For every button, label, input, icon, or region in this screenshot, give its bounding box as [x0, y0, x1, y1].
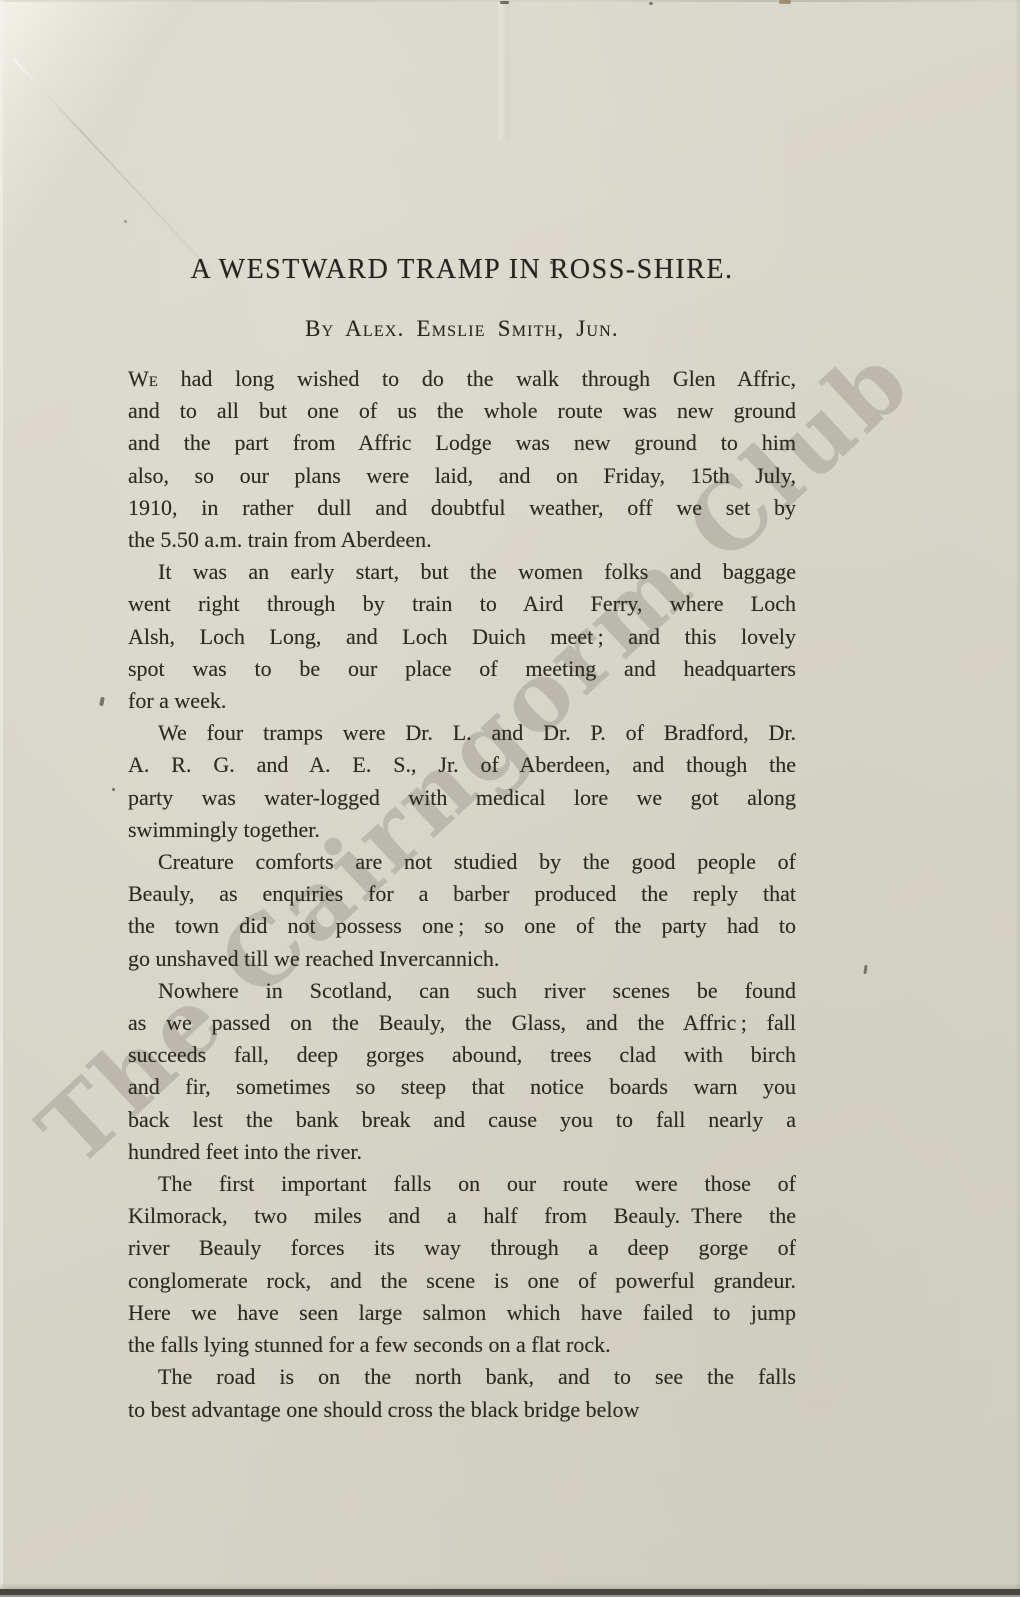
text-line-content: had long wished to do the walk through G… [181, 366, 796, 391]
text-line: the falls lying stunned for a few second… [128, 1329, 796, 1361]
text-line: We had long wished to do the walk throug… [128, 363, 796, 395]
text-line: to best advantage one should cross the b… [128, 1394, 796, 1426]
article-title: A WESTWARD TRAMP IN ROSS-SHIRE. [128, 254, 796, 286]
text-line: the 5.50 a.m. train from Aberdeen. [128, 524, 796, 556]
text-line: Kilmorack, two miles and a half from Bea… [128, 1200, 796, 1232]
text-line: A. R. G. and A. E. S., Jr. of Aberdeen, … [128, 749, 796, 781]
text-line: conglomerate rock, and the scene is one … [128, 1265, 796, 1297]
text-line: It was an early start, but the women fol… [128, 556, 796, 588]
printed-text-layer: A WESTWARD TRAMP IN ROSS-SHIRE. By Alex.… [0, 0, 1020, 1597]
text-line: Creature comforts are not studied by the… [128, 846, 796, 878]
text-line: also, so our plans were laid, and on Fri… [128, 460, 796, 492]
page-left-edge [0, 0, 3, 1597]
text-line: for a week. [128, 685, 796, 717]
text-line: Beauly, as enquiries for a barber produc… [128, 878, 796, 910]
text-line: went right through by train to Aird Ferr… [128, 588, 796, 620]
text-line: river Beauly forces its way through a de… [128, 1232, 796, 1264]
text-line: go unshaved till we reached Invercannich… [128, 943, 796, 975]
text-line: swimmingly together. [128, 814, 796, 846]
text-line: and the part from Affric Lodge was new g… [128, 427, 796, 459]
article-body: We had long wished to do the walk throug… [128, 363, 796, 1426]
text-line: The first important falls on our route w… [128, 1168, 796, 1200]
paragraph-lead-in: We [128, 366, 158, 391]
text-line: as we passed on the Beauly, the Glass, a… [128, 1007, 796, 1039]
text-line: and fir, sometimes so steep that notice … [128, 1071, 796, 1103]
text-line: We four tramps were Dr. L. and Dr. P. of… [128, 717, 796, 749]
scanned-document-page: The Cairngorm Club A WESTWARD TRAMP IN R… [0, 0, 1020, 1597]
text-line: succeeds fall, deep gorges abound, trees… [128, 1039, 796, 1071]
text-line: back lest the bank break and cause you t… [128, 1104, 796, 1136]
text-line: Nowhere in Scotland, can such river scen… [128, 975, 796, 1007]
article-byline: By Alex. Emslie Smith, Jun. [128, 316, 796, 342]
text-line: hundred feet into the river. [128, 1136, 796, 1168]
text-line: and to all but one of us the whole route… [128, 395, 796, 427]
text-line: Alsh, Loch Long, and Loch Duich meet ; a… [128, 621, 796, 653]
text-line: The road is on the north bank, and to se… [128, 1361, 796, 1393]
page-top-edge [0, 0, 1020, 2]
text-line: the town did not possess one ; so one of… [128, 910, 796, 942]
text-line: 1910, in rather dull and doubtful weathe… [128, 492, 796, 524]
text-line: Here we have seen large salmon which hav… [128, 1297, 796, 1329]
text-line: party was water-logged with medical lore… [128, 782, 796, 814]
text-line: spot was to be our place of meeting and … [128, 653, 796, 685]
